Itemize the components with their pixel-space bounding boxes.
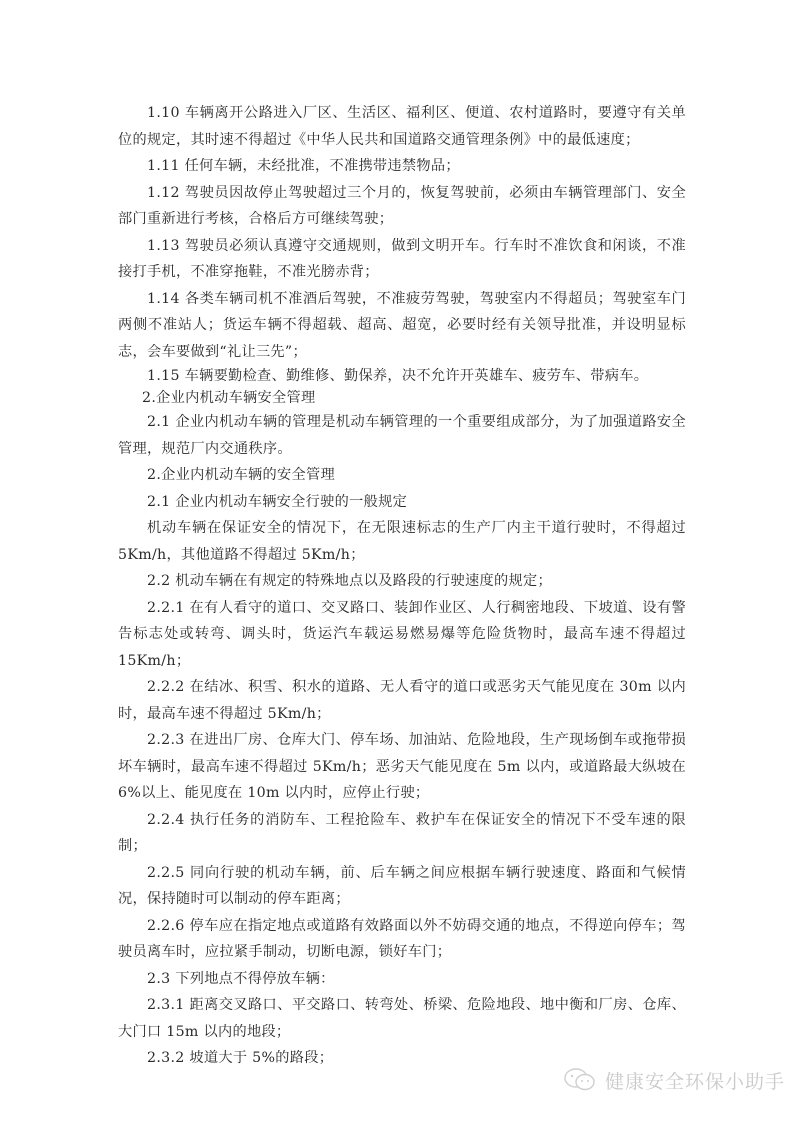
paragraph-2-2-5: 2.2.5 同向行驶的机动车辆，前、后车辆之间应根据车辆行驶速度、路面和气候情况… [118, 860, 686, 913]
watermark: 健康安全环保小助手 [563, 1065, 785, 1095]
paragraph-2-1-general: 2.1 企业内机动车辆安全行驶的一般规定 [118, 489, 686, 516]
section-heading-2-safety: 2.企业内机动车辆的安全管理 [118, 462, 686, 489]
paragraph-1-15: 1.15 车辆要勤检查、勤维修、勤保养，决不允许开英雄车、疲劳车、带病车。 [118, 365, 686, 387]
paragraph-1-11: 1.11 任何车辆，未经批准，不准携带违禁物品； [118, 153, 686, 180]
paragraph-2-2-2: 2.2.2 在结冰、积雪、积水的道路、无人看守的道口或恶劣天气能见度在 30m … [118, 674, 686, 727]
section-heading-2: 2.企业内机动车辆安全管理 [118, 387, 686, 409]
document-page: 1.10 车辆离开公路进入厂区、生活区、福利区、便道、农村道路时，要遵守有关单位… [118, 100, 686, 1072]
paragraph-1-13: 1.13 驾驶员必须认真遵守交通规则，做到文明开车。行车时不准饮食和闲谈，不准接… [118, 233, 686, 286]
paragraph-2-3: 2.3 下列地点不得停放车辆： [118, 966, 686, 993]
paragraph-2-1-intro: 2.1 企业内机动车辆的管理是机动车辆管理的一个重要组成部分，为了加强道路安全管… [118, 409, 686, 462]
paragraph-1-12: 1.12 驾驶员因故停止驾驶超过三个月的，恢复驾驶前，必须由车辆管理部门、安全部… [118, 180, 686, 233]
wechat-icon [563, 1067, 597, 1093]
paragraph-2-2-3: 2.2.3 在进出厂房、仓库大门、停车场、加油站、危险地段，生产现场倒车或拖带损… [118, 727, 686, 807]
paragraph-1-10: 1.10 车辆离开公路进入厂区、生活区、福利区、便道、农村道路时，要遵守有关单位… [118, 100, 686, 153]
paragraph-2-3-1: 2.3.1 距离交叉路口、平交路口、转弯处、桥梁、危险地段、地中衡和厂房、仓库、… [118, 992, 686, 1045]
paragraph-2-2: 2.2 机动车辆在有规定的特殊地点以及路段的行驶速度的规定； [118, 568, 686, 595]
watermark-text: 健康安全环保小助手 [605, 1067, 785, 1094]
paragraph-1-14: 1.14 各类车辆司机不准酒后驾驶，不准疲劳驾驶，驾驶室内不得超员；驾驶室车门两… [118, 286, 686, 366]
paragraph-2-1-speed: 机动车辆在保证安全的情况下，在无限速标志的生产厂内主干道行驶时，不得超过 5Km… [118, 515, 686, 568]
paragraph-2-2-4: 2.2.4 执行任务的消防车、工程抢险车、救护车在保证安全的情况下不受车速的限制… [118, 807, 686, 860]
paragraph-2-2-1: 2.2.1 在有人看守的道口、交叉路口、装卸作业区、人行稠密地段、下坡道、设有警… [118, 595, 686, 675]
paragraph-2-2-6: 2.2.6 停车应在指定地点或道路有效路面以外不妨碍交通的地点，不得逆向停车；驾… [118, 913, 686, 966]
